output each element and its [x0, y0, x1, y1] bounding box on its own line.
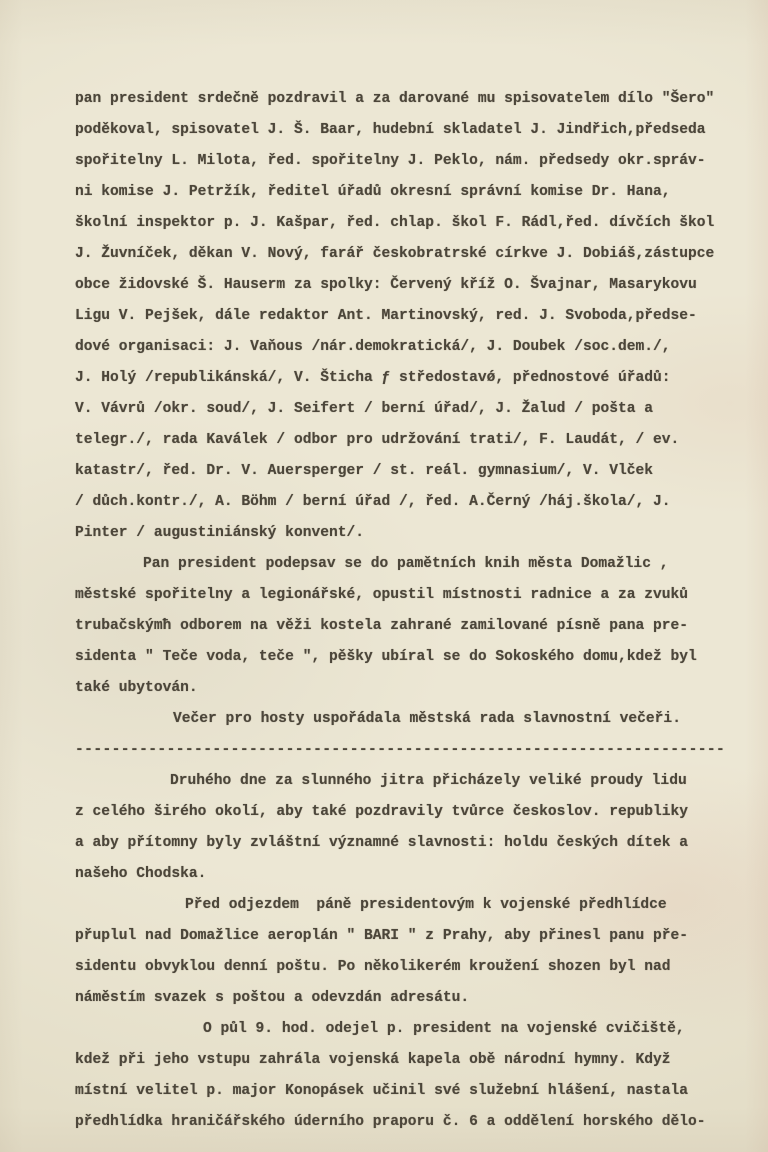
text-line: dové organisaci: J. Vaňous /nár.demokrat… — [75, 332, 725, 363]
typewritten-text-block: pan president srdečně pozdravil a za dar… — [75, 84, 725, 1138]
text-line: pan president srdečně pozdravil a za dar… — [75, 84, 725, 115]
text-line: také ubytován. — [75, 673, 725, 704]
text-line: školní inspektor p. J. Kašpar, řed. chla… — [75, 208, 725, 239]
text-line: Pinter / augustiniánský konvent/. — [75, 518, 725, 549]
text-line: sidentu obvyklou denní poštu. Po několik… — [75, 952, 725, 983]
text-line: místní velitel p. major Konopásek učinil… — [75, 1076, 725, 1107]
text-line: kdež při jeho vstupu zahrála vojenská ka… — [75, 1045, 725, 1076]
text-line: telegr./, rada Kaválek / odbor pro udržo… — [75, 425, 725, 456]
text-line: přuplul nad Domažlice aeroplán " BARI " … — [75, 921, 725, 952]
text-line: spořitelny L. Milota, řed. spořitelny J.… — [75, 146, 725, 177]
text-line: / důch.kontr./, A. Böhm / berní úřad /, … — [75, 487, 725, 518]
text-line: Před odjezdem páně presidentovým k vojen… — [75, 890, 725, 921]
text-line: Pan president podepsav se do pamětních k… — [75, 549, 725, 580]
dashed-separator: ----------------------------------------… — [75, 735, 725, 766]
text-line: obce židovské Š. Hauserm za spolky: Červ… — [75, 270, 725, 301]
text-line: sidenta " Teče voda, teče ", pěšky ubíra… — [75, 642, 725, 673]
text-line: Druhého dne za slunného jitra přicházely… — [75, 766, 725, 797]
text-line: katastr/, řed. Dr. V. Auersperger / st. … — [75, 456, 725, 487]
text-line: J. Holý /republikánská/, V. Šticha ƒ stř… — [75, 363, 725, 394]
text-line: předhlídka hraničářského úderního prapor… — [75, 1107, 725, 1138]
scanned-typewritten-page: pan president srdečně pozdravil a za dar… — [0, 0, 768, 1152]
text-line: náměstím svazek s poštou a odevzdán adre… — [75, 983, 725, 1014]
text-line: našeho Chodska. — [75, 859, 725, 890]
text-line: J. Žuvníček, děkan V. Nový, farář českob… — [75, 239, 725, 270]
text-line: Večer pro hosty uspořádala městská rada … — [75, 704, 725, 735]
text-line: a aby přítomny byly zvláštní významné sl… — [75, 828, 725, 859]
text-line: trubačskýmħ odborem na věži kostela zahr… — [75, 611, 725, 642]
text-line: poděkoval, spisovatel J. Š. Baar, hudebn… — [75, 115, 725, 146]
text-line: O půl 9. hod. odejel p. president na voj… — [75, 1014, 725, 1045]
text-line: V. Vávrů /okr. soud/, J. Seifert / berní… — [75, 394, 725, 425]
text-line: Ligu V. Pejšek, dále redaktor Ant. Marti… — [75, 301, 725, 332]
text-line: městské spořitelny a legionářské, opusti… — [75, 580, 725, 611]
text-line: z celého širého okolí, aby také pozdravi… — [75, 797, 725, 828]
text-line: ni komise J. Petržík, ředitel úřadů okre… — [75, 177, 725, 208]
